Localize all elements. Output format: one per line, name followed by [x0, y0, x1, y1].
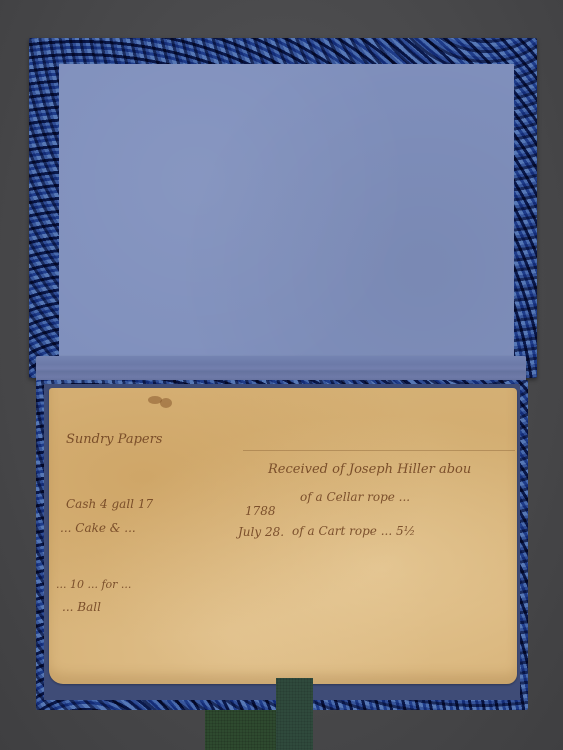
receipt-date: July 28.: [238, 525, 284, 539]
ribbon-pull-tab-end[interactable]: [205, 710, 277, 750]
handwriting-left-line: ... Ball: [62, 600, 101, 614]
receipt-line-1: Received of Joseph Hiller abou: [268, 462, 471, 477]
lid-lining-paper: [59, 64, 514, 356]
receipt-line-2: of a Cellar rope ...: [300, 490, 410, 504]
handwriting-left-line: Cash 4 gall 17: [66, 497, 153, 511]
handwriting-left-line: ... 10 ... for ...: [56, 578, 131, 591]
stain-mark: [160, 398, 172, 408]
document-fold-line: [243, 450, 515, 451]
ribbon-pull-tab[interactable]: [276, 678, 313, 750]
receipt-line-3: of a Cart rope ... 5½: [292, 524, 415, 538]
handwriting-left-title: Sundry Papers: [66, 432, 162, 447]
handwriting-left-line: ... Cake & ...: [60, 521, 136, 535]
receipt-year: 1788: [245, 504, 276, 518]
